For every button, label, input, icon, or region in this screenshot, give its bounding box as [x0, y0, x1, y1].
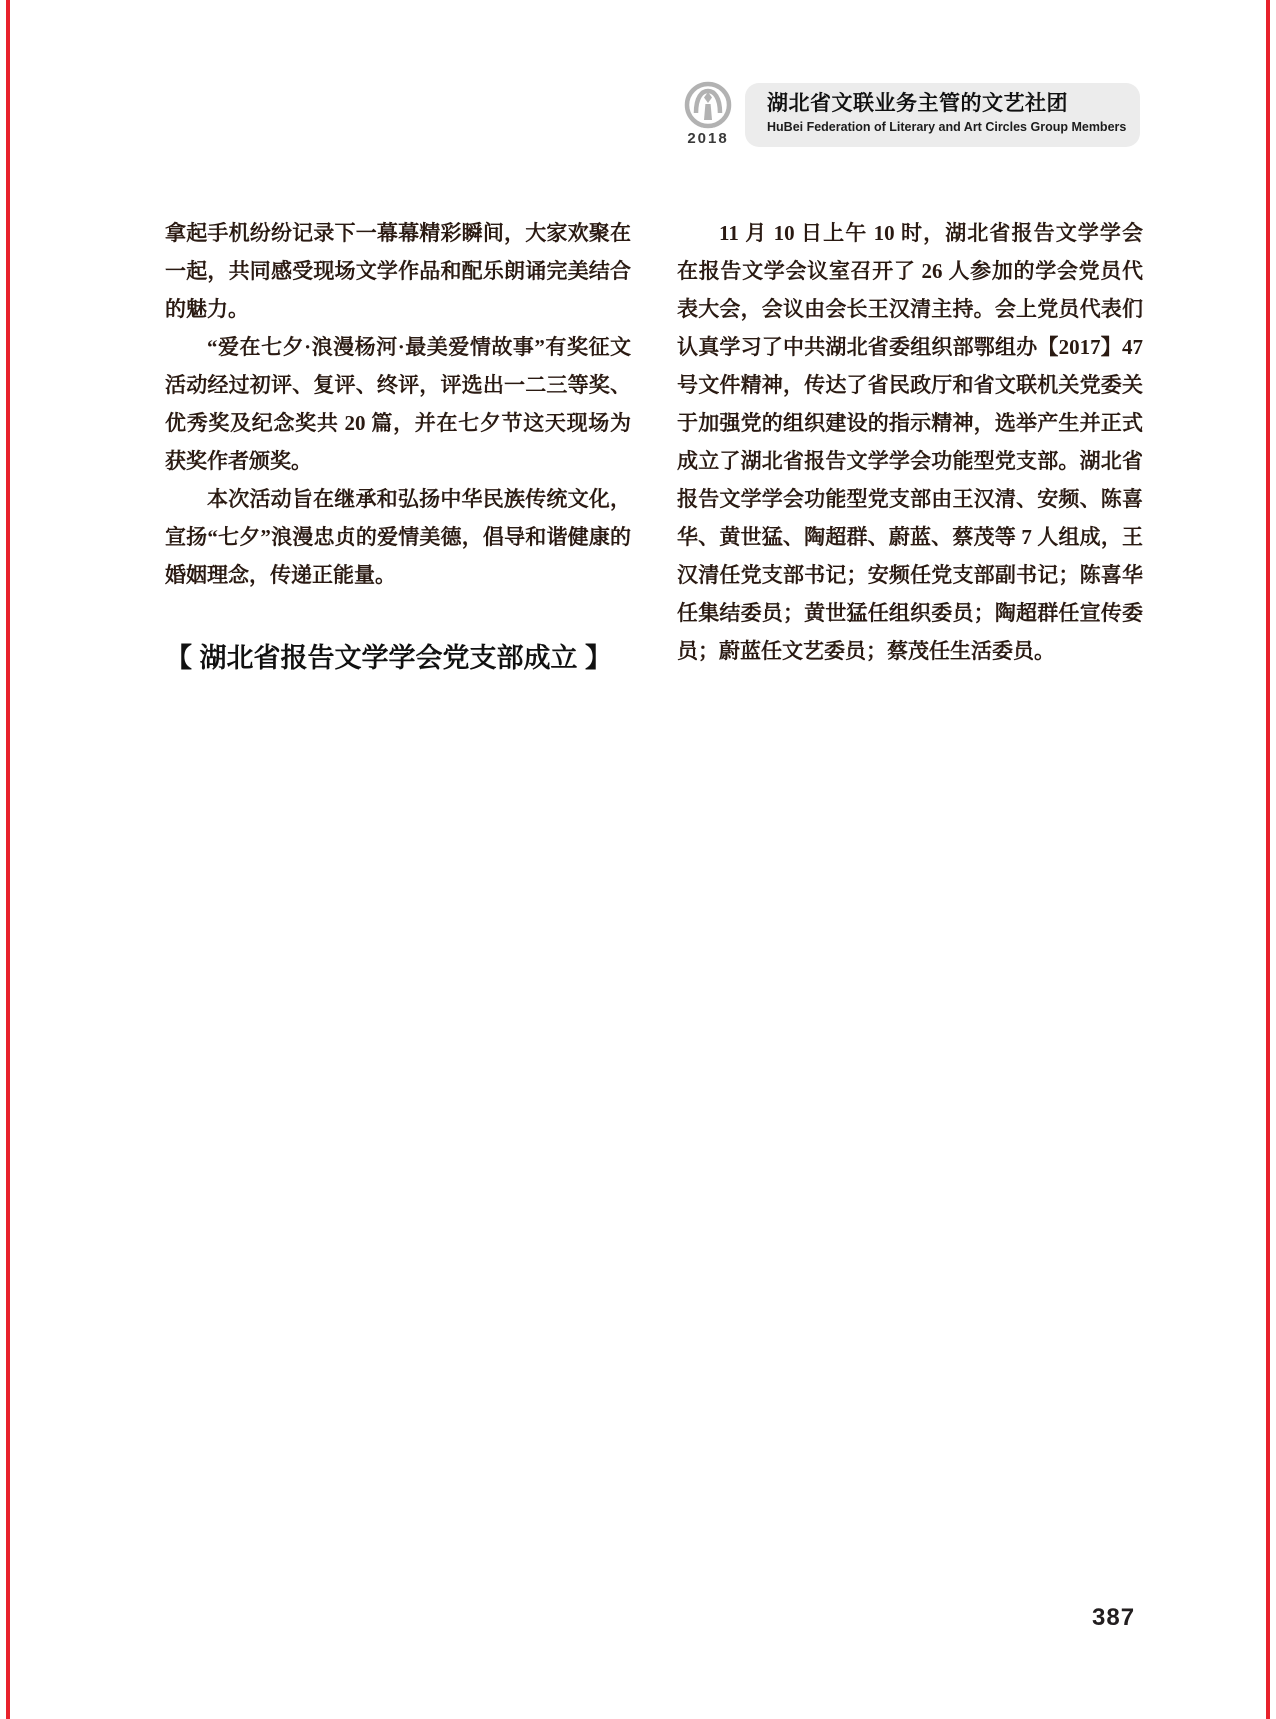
paragraph: 11 月 10 日上午 10 时，湖北省报告文学学会在报告文学会议室召开了 26…: [677, 214, 1143, 670]
banner-title-english: HuBei Federation of Literary and Art Cir…: [767, 120, 1140, 135]
page-edge-right: [1266, 0, 1270, 1719]
section-heading: 【 湖北省报告文学学会党支部成立 】: [165, 638, 631, 678]
left-column: 拿起手机纷纷记录下一幕幕精彩瞬间，大家欢聚在一起，共同感受现场文学作品和配乐朗诵…: [165, 214, 631, 594]
header-banner: 湖北省文联业务主管的文艺社团 HuBei Federation of Liter…: [745, 83, 1140, 147]
banner-title-chinese: 湖北省文联业务主管的文艺社团: [767, 92, 1140, 116]
paragraph: “爱在七夕·浪漫杨河·最美爱情故事”有奖征文活动经过初评、复评、终评，评选出一二…: [165, 328, 631, 480]
page-edge-left: [6, 0, 10, 1719]
document-page: 2018 湖北省文联业务主管的文艺社团 HuBei Federation of …: [0, 0, 1276, 1719]
paragraph: 本次活动旨在继承和弘扬中华民族传统文化，宣扬“七夕”浪漫忠贞的爱情美德，倡导和谐…: [165, 480, 631, 594]
page-number: 387: [1092, 1604, 1135, 1632]
wenlian-logo-icon: [684, 81, 732, 129]
right-column: 11 月 10 日上午 10 时，湖北省报告文学学会在报告文学会议室召开了 26…: [677, 214, 1143, 670]
logo-year-label: 2018: [678, 130, 738, 147]
paragraph: 拿起手机纷纷记录下一幕幕精彩瞬间，大家欢聚在一起，共同感受现场文学作品和配乐朗诵…: [165, 214, 631, 328]
